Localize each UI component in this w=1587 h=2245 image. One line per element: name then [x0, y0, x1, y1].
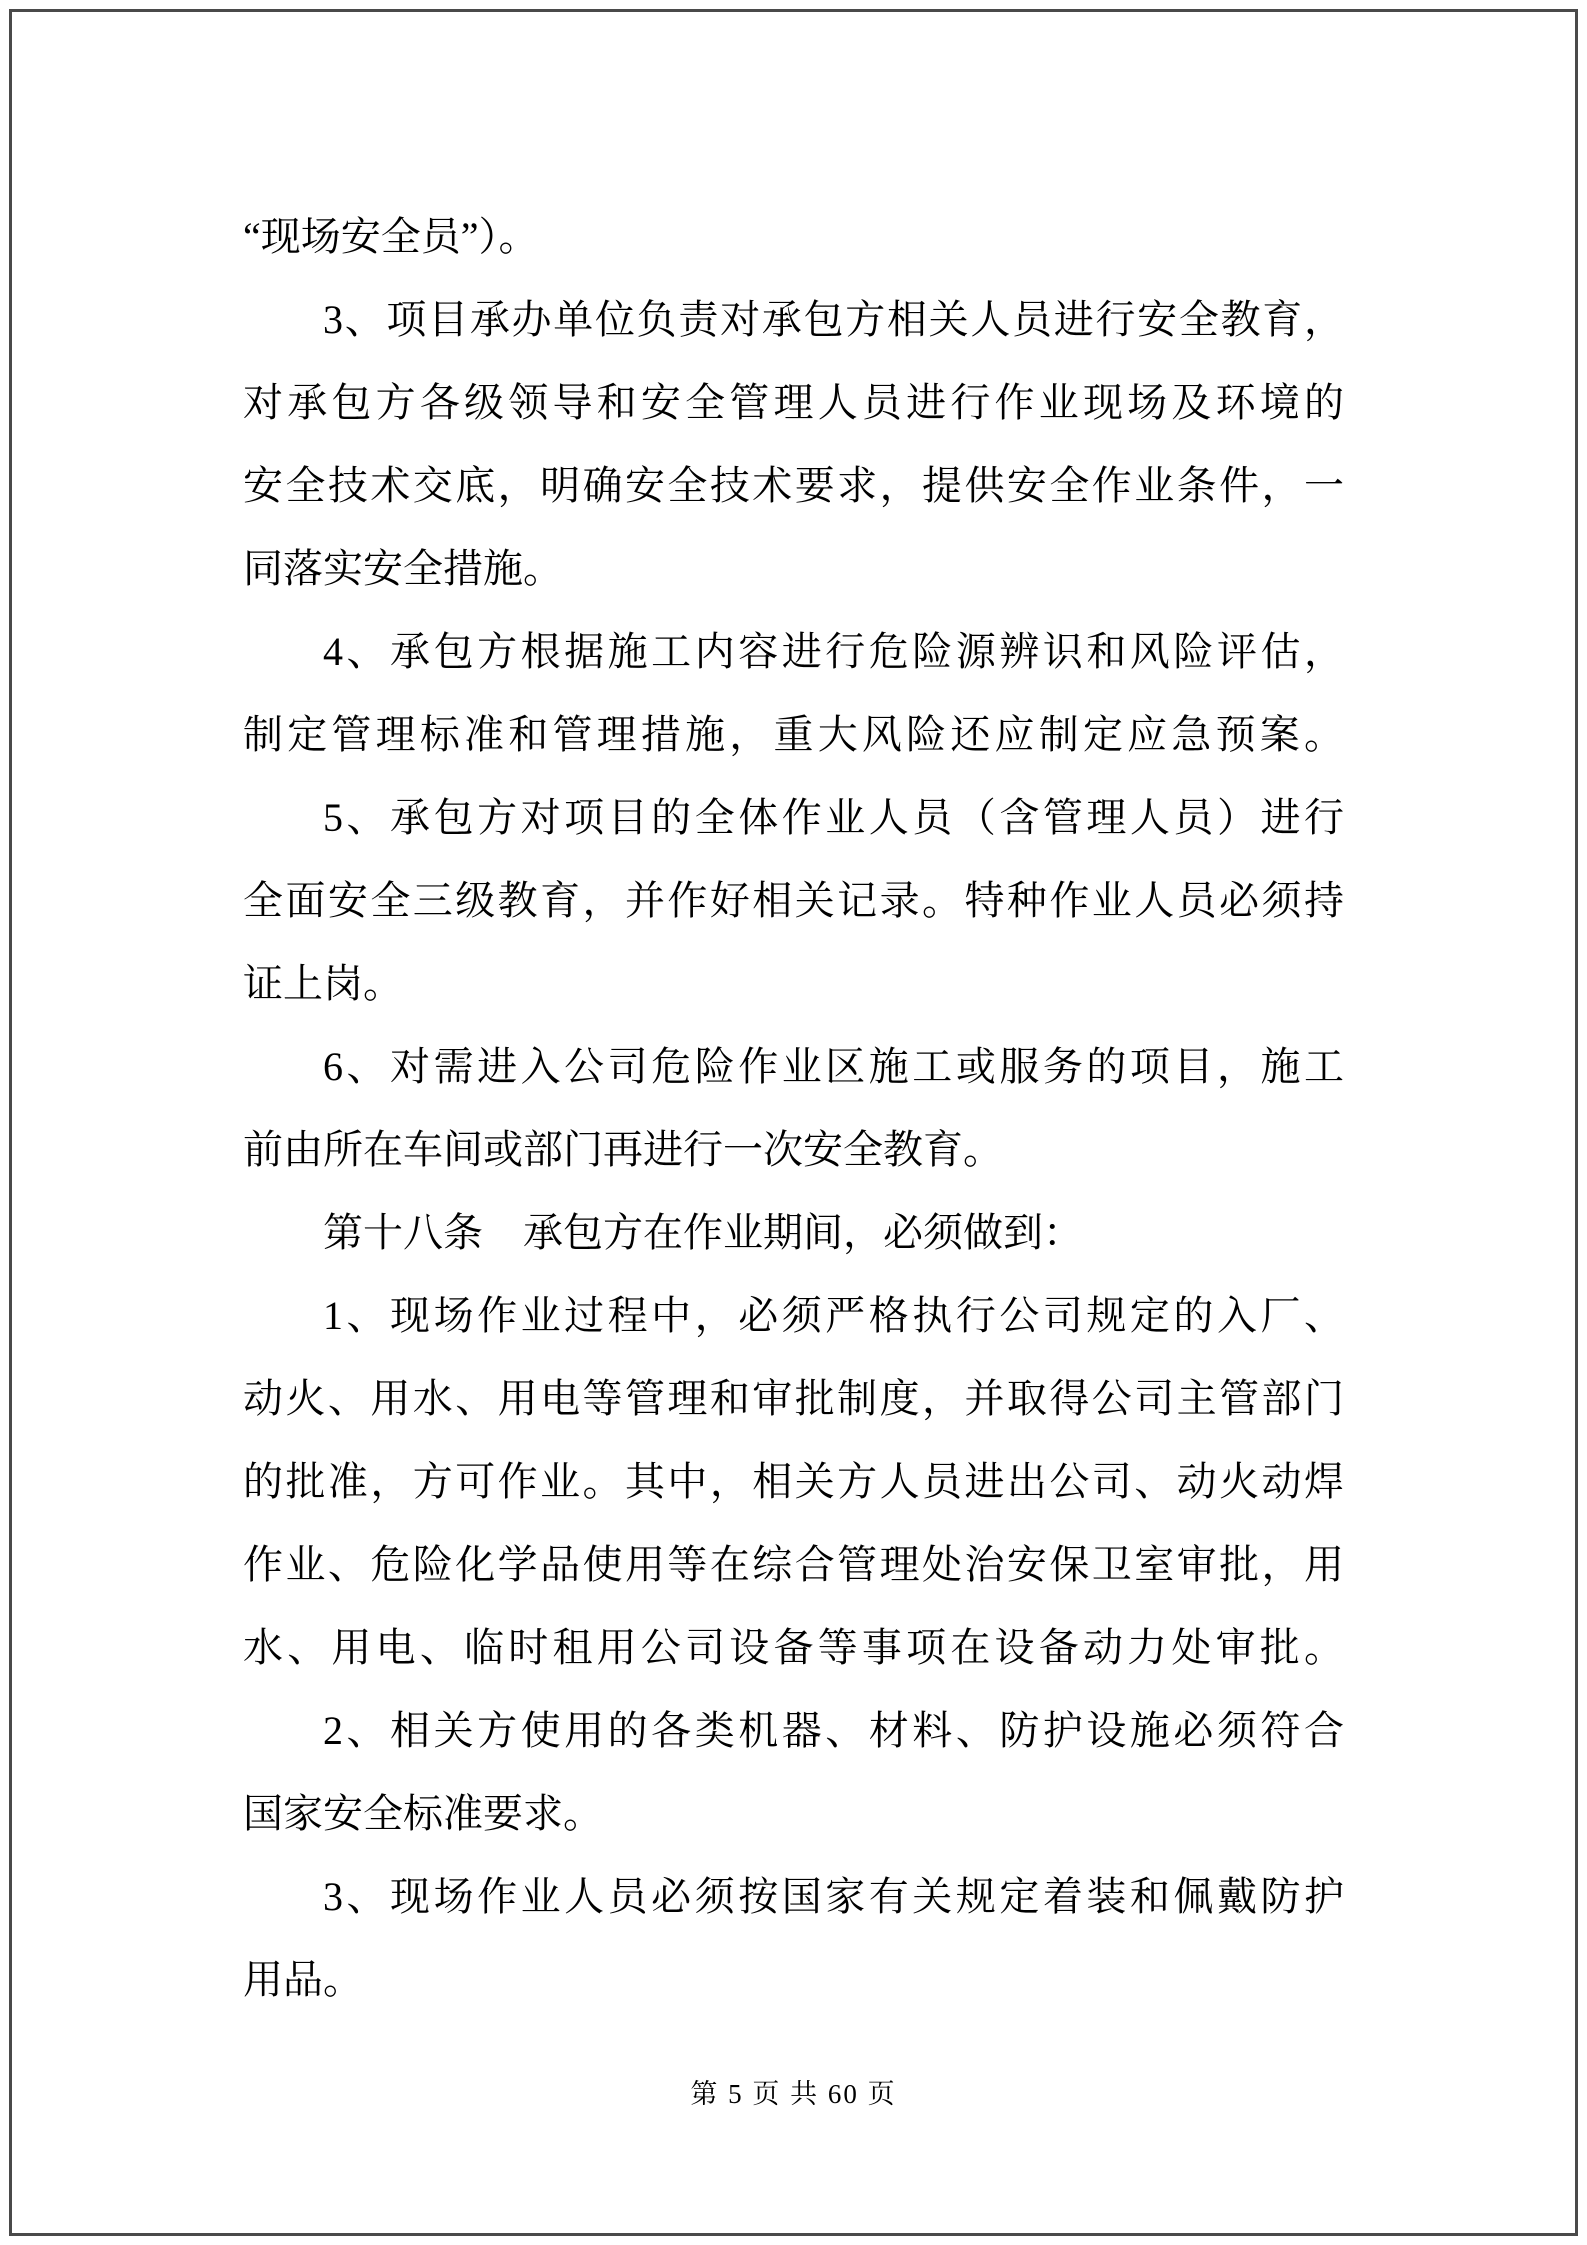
text-line-4: 安全技术交底，明确安全技术要求，提供安全作业条件，一: [243, 444, 1344, 527]
text-line-7: 制定管理标准和管理措施，重大风险还应制定应急预案。: [243, 693, 1344, 776]
text-line-10: 证上岗。: [243, 942, 1344, 1025]
text-line-2: 3、项目承办单位负责对承包方相关人员进行安全教育，: [243, 278, 1344, 361]
text-line-15: 动火、用水、用电等管理和审批制度，并取得公司主管部门: [243, 1357, 1344, 1440]
text-line-8: 5、承包方对项目的全体作业人员（含管理人员）进行: [243, 776, 1344, 859]
document-body: “现场安全员”）。3、项目承办单位负责对承包方相关人员进行安全教育，对承包方各级…: [243, 195, 1344, 2021]
text-line-18: 水、用电、临时租用公司设备等事项在设备动力处审批。: [243, 1606, 1344, 1689]
text-line-9: 全面安全三级教育，并作好相关记录。特种作业人员必须持: [243, 859, 1344, 942]
document-page: “现场安全员”）。3、项目承办单位负责对承包方相关人员进行安全教育，对承包方各级…: [0, 0, 1587, 2245]
text-line-11: 6、对需进入公司危险作业区施工或服务的项目，施工: [243, 1025, 1344, 1108]
text-line-6: 4、承包方根据施工内容进行危险源辨识和风险评估，: [243, 610, 1344, 693]
text-line-22: 用品。: [243, 1938, 1344, 2021]
page-footer: 第 5 页 共 60 页: [0, 2072, 1587, 2111]
text-line-20: 国家安全标准要求。: [243, 1772, 1344, 1855]
text-line-14: 1、现场作业过程中，必须严格执行公司规定的入厂、: [243, 1274, 1344, 1357]
text-line-5: 同落实安全措施。: [243, 527, 1344, 610]
text-line-1: “现场安全员”）。: [243, 195, 1344, 278]
text-line-16: 的批准，方可作业。其中，相关方人员进出公司、动火动焊: [243, 1440, 1344, 1523]
text-line-12: 前由所在车间或部门再进行一次安全教育。: [243, 1108, 1344, 1191]
text-line-21: 3、现场作业人员必须按国家有关规定着装和佩戴防护: [243, 1855, 1344, 1938]
text-line-13: 第十八条 承包方在作业期间，必须做到：: [243, 1191, 1344, 1274]
text-line-17: 作业、危险化学品使用等在综合管理处治安保卫室审批，用: [243, 1523, 1344, 1606]
text-line-19: 2、相关方使用的各类机器、材料、防护设施必须符合: [243, 1689, 1344, 1772]
text-line-3: 对承包方各级领导和安全管理人员进行作业现场及环境的: [243, 361, 1344, 444]
